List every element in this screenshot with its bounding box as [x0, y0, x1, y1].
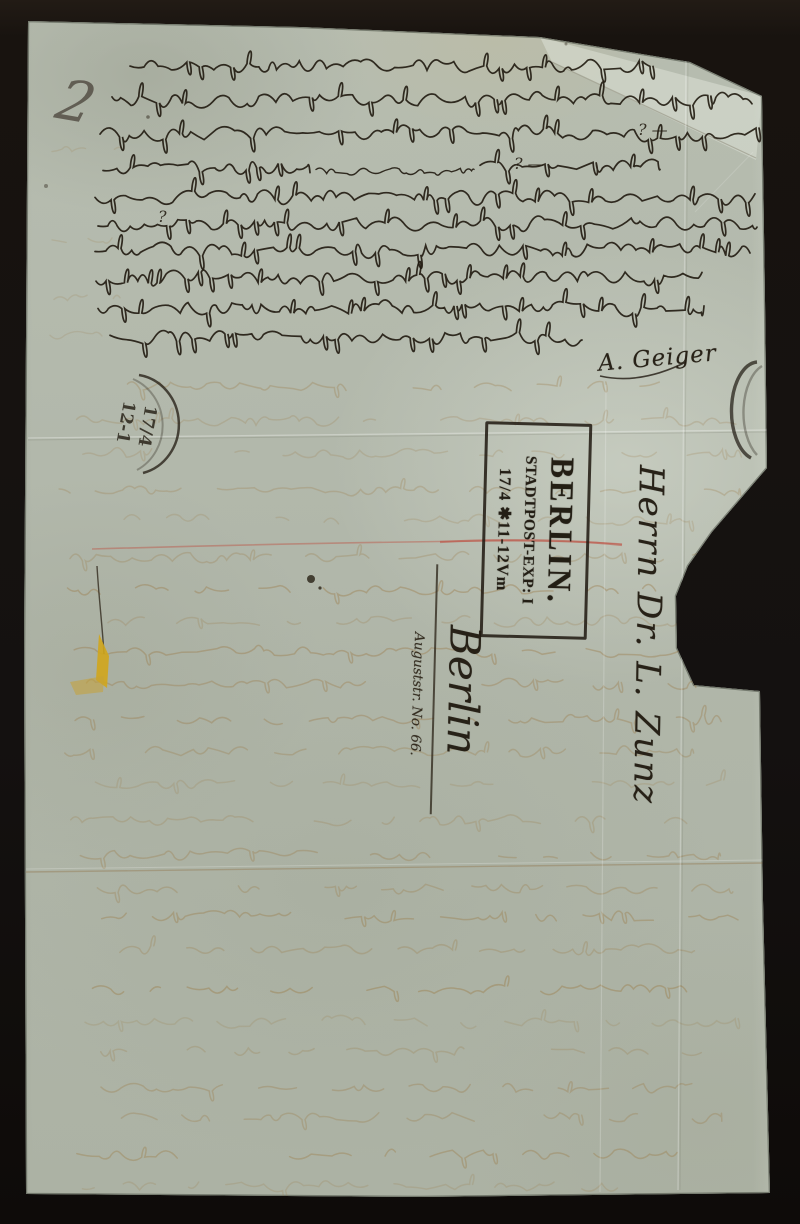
boxed-postmark-berlin: BERLIN. STADTPOST-EXP: I 17/4 ✱11-12Vm: [480, 421, 593, 640]
sealing-wax-remnant: [70, 566, 109, 695]
boxed-postmark-datetime: 17/4 ✱11-12Vm: [493, 468, 513, 592]
round-postmark-right-partial: [731, 362, 762, 458]
boxed-postmark-city: BERLIN.: [543, 457, 580, 605]
boxed-postmark-office: STADTPOST-EXP: I: [519, 456, 538, 605]
address-city: Berlin: [430, 564, 495, 815]
question-mark-2: ? —: [514, 154, 544, 173]
scanned-letter-photo: 17/4 12-1 2 ? — ? — ? A. Geiger BERLIN.: [0, 0, 800, 1224]
address-recipient: Herrn Dr. L. Zunz: [610, 444, 687, 825]
question-mark-1: ? —: [638, 120, 668, 139]
question-mark-3: ?: [158, 207, 167, 226]
